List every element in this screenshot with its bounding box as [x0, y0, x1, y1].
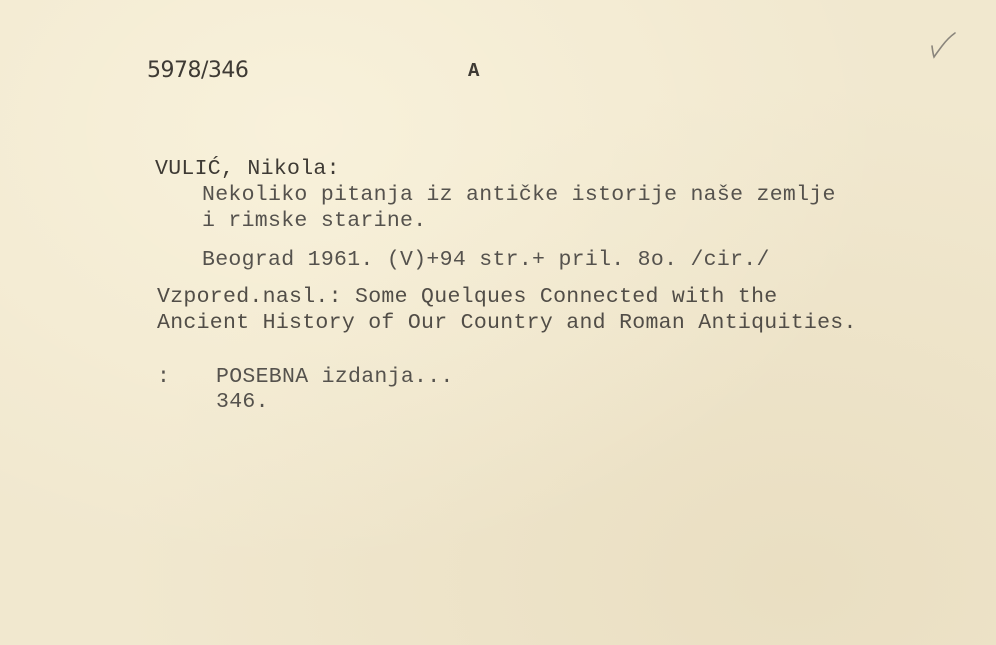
- parallel-title-line-2: Ancient History of Our Country and Roman…: [157, 311, 857, 335]
- imprint: Beograd 1961. (V)+94 str.+ pril. 8o. /ci…: [202, 248, 770, 272]
- series-colon: :: [157, 365, 170, 389]
- check-mark-icon: [928, 30, 958, 62]
- section-marker: A: [468, 60, 480, 82]
- call-number: 5978/346: [147, 58, 248, 83]
- author-heading: VULIĆ, Nikola:: [155, 157, 340, 181]
- series-title: POSEBNA izdanja...: [216, 365, 454, 389]
- catalog-card: 5978/346 A VULIĆ, Nikola: Nekoliko pitan…: [0, 0, 996, 645]
- parallel-title-line-1: Vzpored.nasl.: Some Quelques Connected w…: [157, 285, 778, 309]
- title-line-1: Nekoliko pitanja iz antičke istorije naš…: [202, 183, 836, 207]
- series-number: 346.: [216, 390, 269, 414]
- title-line-2: i rimske starine.: [202, 209, 426, 233]
